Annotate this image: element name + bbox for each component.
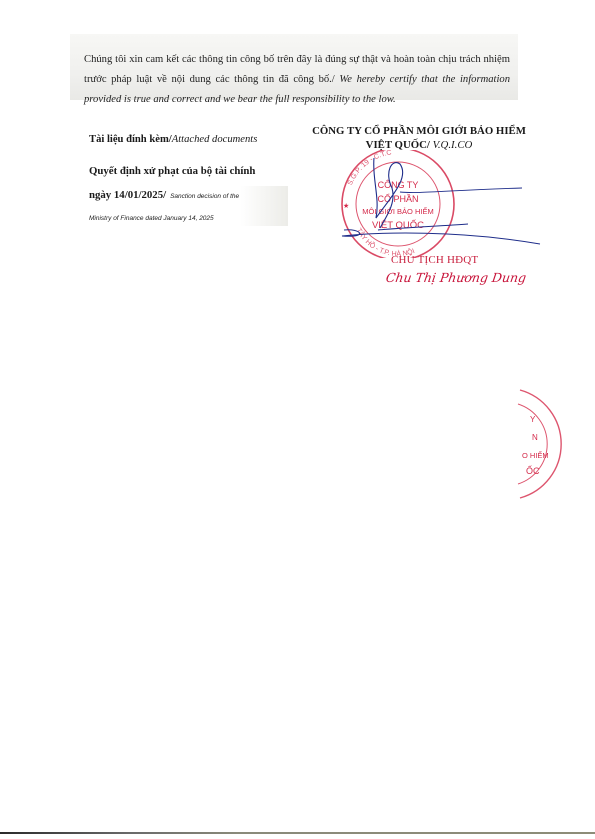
attachments-label-en: Attached documents xyxy=(172,134,258,145)
attachment-item-vi-line1: Quyết định xử phạt của bộ tài chính xyxy=(89,165,255,177)
attachment-item-en-line2: Ministry of Finance dated January 14, 20… xyxy=(89,215,214,222)
attachments-label-vi: Tài liệu đính kèm/ xyxy=(89,134,172,145)
company-line1: CÔNG TY CỔ PHẦN MÔI GIỚI BẢO HIỂM xyxy=(300,124,538,138)
attachment-item-vi-line2: ngày 14/01/2025/ xyxy=(89,189,166,201)
svg-text:ỐC: ỐC xyxy=(526,465,540,476)
attachment-item-en-line1: Sanction decision of the xyxy=(170,193,239,200)
svg-text:Y: Y xyxy=(530,415,536,424)
footer-rule xyxy=(0,832,595,834)
signature-scribble xyxy=(340,158,560,258)
svg-text:N: N xyxy=(532,433,538,442)
company-name: CÔNG TY CỔ PHẦN MÔI GIỚI BẢO HIỂM VIỆT Q… xyxy=(300,124,538,152)
signatory-title: CHỦ TỊCH HĐQT xyxy=(391,254,478,266)
certification-paragraph: Chúng tôi xin cam kết các thông tin công… xyxy=(84,50,510,110)
signatory-name: Chu Thị Phương Dung xyxy=(385,270,527,285)
partial-seal-stamp: Y N O HIỂM ỐC xyxy=(500,388,580,500)
attachment-item-line2: ngày 14/01/2025/Sanction decision of the xyxy=(89,189,239,201)
svg-text:O HIỂM: O HIỂM xyxy=(522,451,549,460)
attachments-heading: Tài liệu đính kèm/Attached documents xyxy=(89,134,257,145)
scan-shade-attachment xyxy=(240,186,288,226)
